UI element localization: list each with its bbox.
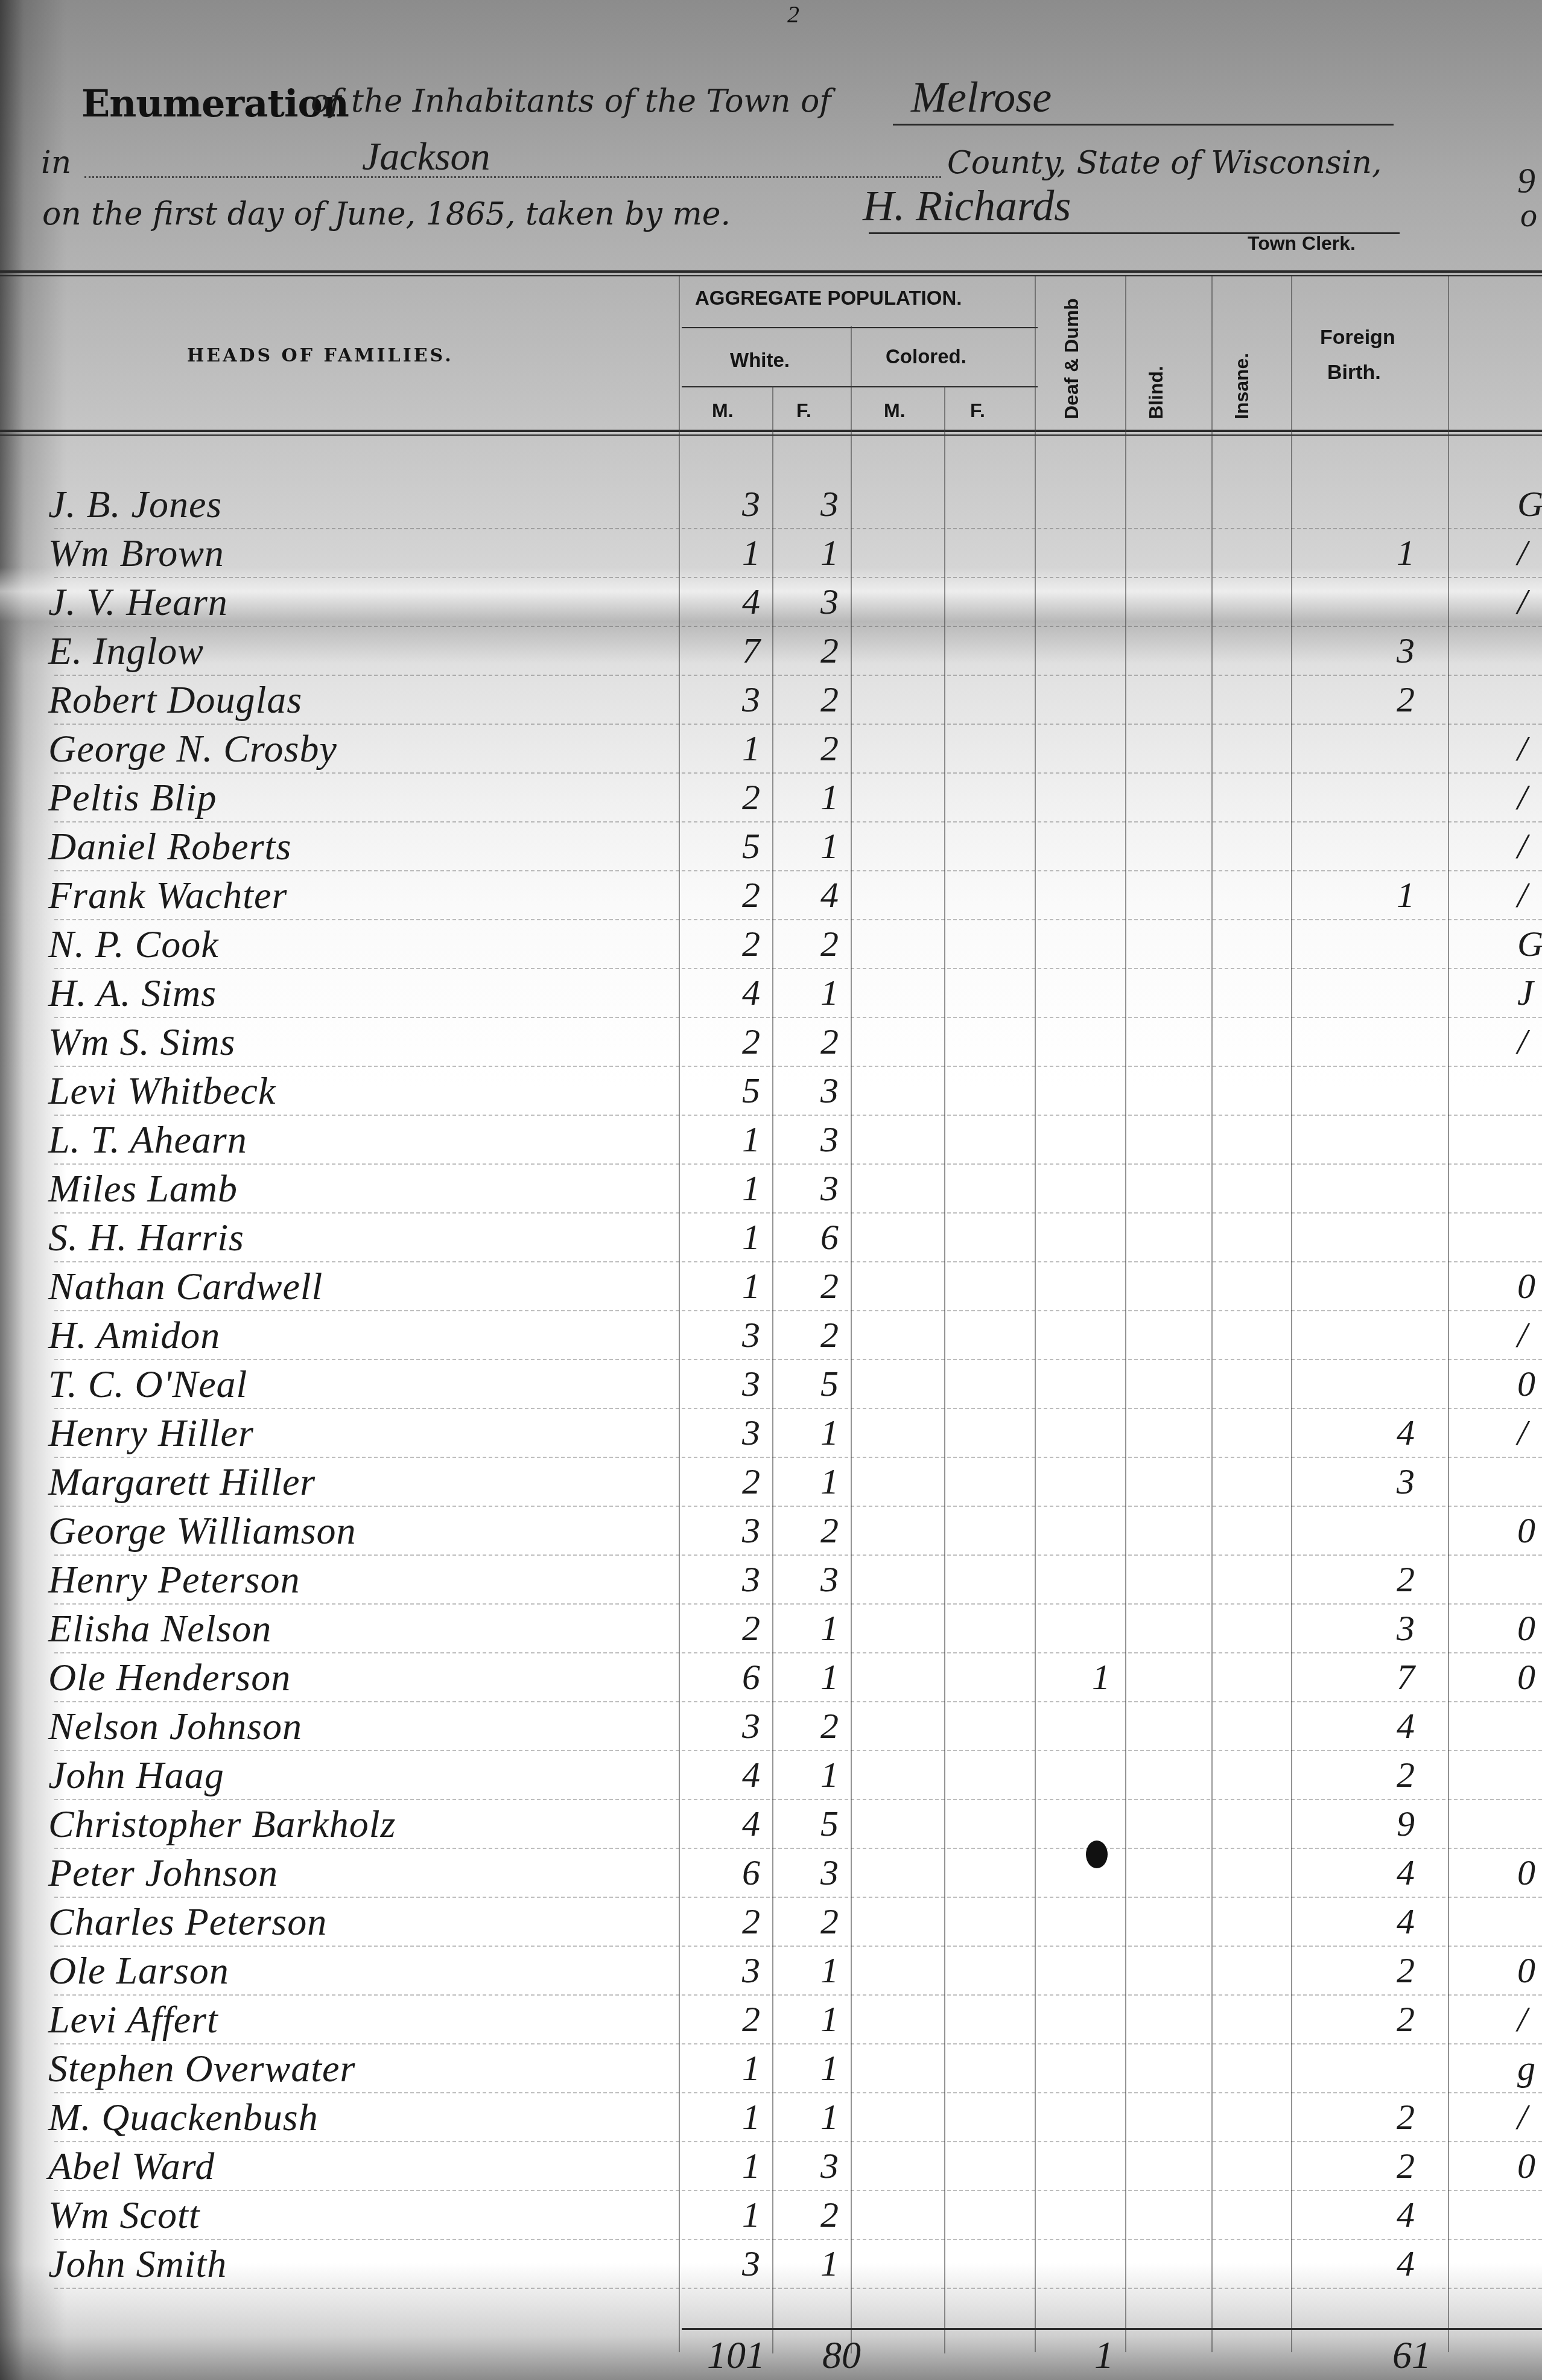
foreign-birth-count: 4 bbox=[1388, 1705, 1424, 1747]
white-male-count: 4 bbox=[733, 1803, 769, 1845]
head-of-family-name: Frank Wachter bbox=[48, 873, 287, 918]
table-row: J. B. Jones33G bbox=[0, 480, 1542, 529]
foreign-birth-count: 1 bbox=[1388, 874, 1424, 916]
printed-title: Enumeration bbox=[81, 81, 349, 126]
white-female-count: 2 bbox=[811, 1901, 848, 1942]
next-page-column-mark: G bbox=[1517, 483, 1542, 525]
white-male-count: 2 bbox=[733, 1461, 769, 1503]
table-row: George N. Crosby12/ bbox=[0, 724, 1542, 773]
white-female-count: 3 bbox=[811, 2145, 848, 2187]
deaf-dumb-count: 1 bbox=[1083, 1656, 1119, 1698]
table-row: Ole Henderson61170 bbox=[0, 1653, 1542, 1702]
white-male-count: 1 bbox=[733, 1119, 769, 1160]
foreign-birth-count: 4 bbox=[1388, 1901, 1424, 1942]
table-row: T. C. O'Neal350 bbox=[0, 1360, 1542, 1408]
white-female-count: 1 bbox=[811, 972, 848, 1014]
white-female-header: F. bbox=[796, 399, 811, 422]
white-female-count: 1 bbox=[811, 826, 848, 867]
head-of-family-name: Daniel Roberts bbox=[48, 824, 291, 869]
head-of-family-name: Robert Douglas bbox=[48, 678, 302, 722]
foreign-birth-header-1: Foreign bbox=[1320, 326, 1395, 349]
table-row: Nathan Cardwell120 bbox=[0, 1262, 1542, 1311]
right-edge-mark: 9 bbox=[1517, 160, 1535, 202]
white-female-count: 3 bbox=[811, 1070, 848, 1112]
head-of-family-name: George N. Crosby bbox=[48, 727, 337, 771]
head-of-family-name: L. T. Ahearn bbox=[48, 1118, 247, 1162]
heads-of-families-header: HEADS OF FAMILIES. bbox=[187, 345, 454, 366]
aggregate-population-header: AGGREGATE POPULATION. bbox=[695, 287, 962, 310]
row-rule bbox=[54, 2288, 1542, 2289]
white-female-count: 1 bbox=[811, 2096, 848, 2138]
white-male-count: 1 bbox=[733, 1265, 769, 1307]
foreign-birth-count: 2 bbox=[1388, 2145, 1424, 2187]
next-page-column-mark: / bbox=[1517, 1021, 1528, 1063]
next-page-column-mark: / bbox=[1517, 1412, 1528, 1454]
census-page: 2 Enumeration of the Inhabitants of the … bbox=[0, 0, 1542, 2380]
white-male-count: 4 bbox=[733, 581, 769, 623]
page-number: 2 bbox=[787, 0, 799, 28]
white-male-count: 2 bbox=[733, 1021, 769, 1063]
foreign-birth-count: 2 bbox=[1388, 679, 1424, 721]
head-of-family-name: N. P. Cook bbox=[48, 922, 219, 967]
white-male-count: 3 bbox=[733, 1950, 769, 1991]
head-of-family-name: H. Amidon bbox=[48, 1313, 220, 1358]
white-female-count: 2 bbox=[811, 728, 848, 769]
sex-subrule bbox=[682, 386, 1038, 387]
white-female-count: 1 bbox=[811, 1412, 848, 1454]
white-male-count: 3 bbox=[733, 1363, 769, 1405]
white-male-header: M. bbox=[712, 399, 734, 422]
table-row: Christopher Barkholz459 bbox=[0, 1799, 1542, 1848]
white-female-count: 2 bbox=[811, 630, 848, 672]
foreign-birth-count: 2 bbox=[1388, 1754, 1424, 1796]
next-page-column-mark: 0 bbox=[1517, 2145, 1535, 2187]
head-of-family-name: Margarett Hiller bbox=[48, 1460, 316, 1504]
heading-line2-suffix: County, State of Wisconsin, bbox=[947, 145, 1382, 181]
table-row: Henry Peterson332 bbox=[0, 1555, 1542, 1604]
foreign-birth-count: 2 bbox=[1388, 1559, 1424, 1600]
white-male-count: 1 bbox=[733, 728, 769, 769]
county-underline bbox=[84, 176, 941, 178]
next-page-column-mark: J bbox=[1517, 972, 1534, 1014]
next-page-column-mark: 0 bbox=[1517, 1265, 1535, 1307]
header-bottom-rule-2 bbox=[0, 434, 1542, 436]
ink-blot bbox=[1086, 1841, 1108, 1868]
town-underline bbox=[893, 124, 1394, 126]
white-male-count: 2 bbox=[733, 874, 769, 916]
next-page-column-mark: 0 bbox=[1517, 1950, 1535, 1991]
white-male-count: 3 bbox=[733, 1314, 769, 1356]
head-of-family-name: Henry Peterson bbox=[48, 1557, 300, 1602]
total-foreign-birth: 61 bbox=[1382, 2333, 1442, 2378]
head-of-family-name: H. A. Sims bbox=[48, 971, 217, 1016]
table-row: H. Amidon32/ bbox=[0, 1311, 1542, 1360]
head-of-family-name: Ole Larson bbox=[48, 1949, 229, 1993]
foreign-birth-count: 3 bbox=[1388, 1461, 1424, 1503]
heading-line2-prefix: in bbox=[41, 145, 71, 181]
head-of-family-name: Henry Hiller bbox=[48, 1411, 254, 1456]
head-of-family-name: Elisha Nelson bbox=[48, 1606, 271, 1651]
white-male-count: 3 bbox=[733, 1510, 769, 1551]
white-male-count: 4 bbox=[733, 1754, 769, 1796]
table-row: Levi Whitbeck53 bbox=[0, 1066, 1542, 1115]
total-white-female: 80 bbox=[805, 2333, 878, 2378]
next-page-column-mark: 0 bbox=[1517, 1510, 1535, 1551]
head-of-family-name: M. Quackenbush bbox=[48, 2095, 319, 2140]
head-of-family-name: Nathan Cardwell bbox=[48, 1264, 323, 1309]
white-female-count: 1 bbox=[811, 1754, 848, 1796]
white-male-count: 5 bbox=[733, 826, 769, 867]
head-of-family-name: Levi Whitbeck bbox=[48, 1069, 276, 1113]
insane-header: Insane. bbox=[1231, 353, 1253, 419]
head-of-family-name: John Haag bbox=[48, 1753, 224, 1798]
next-page-column-mark: / bbox=[1517, 826, 1528, 867]
table-row: Nelson Johnson324 bbox=[0, 1702, 1542, 1751]
foreign-birth-count: 7 bbox=[1388, 1656, 1424, 1698]
white-female-count: 2 bbox=[811, 1705, 848, 1747]
white-male-count: 3 bbox=[733, 483, 769, 525]
table-row: Abel Ward1320 bbox=[0, 2142, 1542, 2191]
next-page-column-mark: 0 bbox=[1517, 1656, 1535, 1698]
table-row: Peter Johnson6340 bbox=[0, 1848, 1542, 1897]
next-page-column-mark: / bbox=[1517, 874, 1528, 916]
table-row: Frank Wachter241/ bbox=[0, 871, 1542, 920]
table-row: John Haag412 bbox=[0, 1751, 1542, 1799]
head-of-family-name: Abel Ward bbox=[48, 2144, 215, 2189]
table-row: Elisha Nelson2130 bbox=[0, 1604, 1542, 1653]
next-page-column-mark: / bbox=[1517, 728, 1528, 769]
head-of-family-name: Christopher Barkholz bbox=[48, 1802, 396, 1847]
next-page-column-mark: G bbox=[1517, 923, 1542, 965]
foreign-birth-count: 4 bbox=[1388, 2243, 1424, 2285]
white-male-count: 3 bbox=[733, 1412, 769, 1454]
table-row: John Smith314 bbox=[0, 2239, 1542, 2288]
next-page-column-mark: 0 bbox=[1517, 1363, 1535, 1405]
white-female-count: 1 bbox=[811, 1950, 848, 1991]
white-female-count: 3 bbox=[811, 581, 848, 623]
white-male-count: 2 bbox=[733, 1901, 769, 1942]
foreign-birth-count: 3 bbox=[1388, 1608, 1424, 1649]
next-page-column-mark: / bbox=[1517, 2096, 1528, 2138]
head-of-family-name: Ole Henderson bbox=[48, 1655, 291, 1700]
white-male-count: 3 bbox=[733, 1705, 769, 1747]
white-female-count: 1 bbox=[811, 1656, 848, 1698]
white-female-count: 1 bbox=[811, 1461, 848, 1503]
white-female-count: 3 bbox=[811, 483, 848, 525]
table-row: Charles Peterson224 bbox=[0, 1897, 1542, 1946]
next-page-column-mark: / bbox=[1517, 1314, 1528, 1356]
clerk-signature: H. Richards bbox=[863, 181, 1071, 231]
table-row: Wm Brown111/ bbox=[0, 529, 1542, 577]
white-female-count: 2 bbox=[811, 1314, 848, 1356]
head-of-family-name: J. V. Hearn bbox=[48, 580, 228, 625]
next-page-column-mark: / bbox=[1517, 1999, 1528, 2040]
table-row: E. Inglow723 bbox=[0, 626, 1542, 675]
colored-female-header: F. bbox=[970, 399, 985, 422]
white-male-count: 3 bbox=[733, 1559, 769, 1600]
white-male-count: 3 bbox=[733, 679, 769, 721]
white-male-count: 2 bbox=[733, 1608, 769, 1649]
table-row: Daniel Roberts51/ bbox=[0, 822, 1542, 871]
heading-line1-text: of the Inhabitants of the Town of bbox=[311, 83, 831, 119]
county-name-field: Jackson bbox=[362, 134, 490, 180]
white-male-count: 2 bbox=[733, 777, 769, 818]
foreign-birth-count: 9 bbox=[1388, 1803, 1424, 1845]
next-page-column-mark: 0 bbox=[1517, 1608, 1535, 1649]
head-of-family-name: Stephen Overwater bbox=[48, 2046, 355, 2091]
table-row: S. H. Harris16 bbox=[0, 1213, 1542, 1262]
white-female-count: 2 bbox=[811, 1021, 848, 1063]
foreign-birth-count: 2 bbox=[1388, 1999, 1424, 2040]
table-row: George Williamson320 bbox=[0, 1506, 1542, 1555]
total-deaf-dumb: 1 bbox=[1086, 2333, 1122, 2378]
table-row: Ole Larson3120 bbox=[0, 1946, 1542, 1995]
head-of-family-name: Nelson Johnson bbox=[48, 1704, 302, 1749]
white-female-count: 1 bbox=[811, 2243, 848, 2285]
table-row: Miles Lamb13 bbox=[0, 1164, 1542, 1213]
white-female-count: 1 bbox=[811, 777, 848, 818]
white-female-count: 5 bbox=[811, 1803, 848, 1845]
white-female-count: 1 bbox=[811, 1608, 848, 1649]
next-page-column-mark: g bbox=[1517, 2047, 1535, 2089]
white-female-count: 3 bbox=[811, 1852, 848, 1894]
foreign-birth-header-2: Birth. bbox=[1327, 361, 1381, 384]
white-male-count: 4 bbox=[733, 972, 769, 1014]
white-header: White. bbox=[730, 349, 790, 372]
head-of-family-name: Wm Scott bbox=[48, 2193, 200, 2238]
town-clerk-label: Town Clerk. bbox=[1248, 232, 1356, 255]
white-female-count: 3 bbox=[811, 1559, 848, 1600]
white-female-count: 4 bbox=[811, 874, 848, 916]
table-row: Wm Scott124 bbox=[0, 2191, 1542, 2239]
white-female-count: 2 bbox=[811, 679, 848, 721]
foreign-birth-count: 2 bbox=[1388, 2096, 1424, 2138]
white-male-count: 5 bbox=[733, 1070, 769, 1112]
foreign-birth-count: 3 bbox=[1388, 630, 1424, 672]
white-female-count: 2 bbox=[811, 1510, 848, 1551]
white-female-count: 5 bbox=[811, 1363, 848, 1405]
head-of-family-name: Miles Lamb bbox=[48, 1166, 238, 1211]
white-male-count: 2 bbox=[733, 1999, 769, 2040]
white-female-count: 2 bbox=[811, 2194, 848, 2236]
white-female-count: 2 bbox=[811, 1265, 848, 1307]
table-row: L. T. Ahearn13 bbox=[0, 1115, 1542, 1164]
white-female-count: 1 bbox=[811, 532, 848, 574]
header-bottom-rule bbox=[0, 430, 1542, 432]
head-of-family-name: George Williamson bbox=[48, 1509, 357, 1553]
table-row: N. P. Cook22G bbox=[0, 920, 1542, 969]
next-page-column-mark: / bbox=[1517, 532, 1528, 574]
foreign-birth-count: 1 bbox=[1388, 532, 1424, 574]
white-female-count: 3 bbox=[811, 1168, 848, 1209]
blind-header: Blind. bbox=[1145, 366, 1167, 419]
head-of-family-name: Peltis Blip bbox=[48, 775, 217, 820]
head-of-family-name: Peter Johnson bbox=[48, 1851, 278, 1895]
next-page-column-mark: 0 bbox=[1517, 1852, 1535, 1894]
white-male-count: 2 bbox=[733, 923, 769, 965]
aggregate-subrule bbox=[682, 327, 1038, 328]
table-row: Wm S. Sims22/ bbox=[0, 1017, 1542, 1066]
table-row: Henry Hiller314/ bbox=[0, 1408, 1542, 1457]
total-white-male: 101 bbox=[694, 2333, 778, 2378]
head-of-family-name: Levi Affert bbox=[48, 1997, 218, 2042]
heading-line3-text: on the first day of June, 1865, taken by… bbox=[42, 196, 731, 232]
table-row: H. A. Sims41J bbox=[0, 969, 1542, 1017]
colored-header: Colored. bbox=[886, 345, 966, 368]
table-top-rule-2 bbox=[0, 275, 1542, 276]
table-top-rule bbox=[0, 270, 1542, 273]
next-page-column-mark: / bbox=[1517, 581, 1528, 623]
colored-male-header: M. bbox=[884, 399, 906, 422]
next-page-column-mark: / bbox=[1517, 777, 1528, 818]
white-male-count: 7 bbox=[733, 630, 769, 672]
head-of-family-name: S. H. Harris bbox=[48, 1215, 244, 1260]
table-row: Stephen Overwater11g bbox=[0, 2044, 1542, 2093]
head-of-family-name: T. C. O'Neal bbox=[48, 1362, 247, 1407]
foreign-birth-count: 2 bbox=[1388, 1950, 1424, 1991]
white-female-count: 1 bbox=[811, 2047, 848, 2089]
table-row: M. Quackenbush112/ bbox=[0, 2093, 1542, 2142]
deaf-dumb-header: Deaf & Dumb bbox=[1061, 298, 1083, 419]
white-female-count: 6 bbox=[811, 1217, 848, 1258]
white-male-count: 1 bbox=[733, 1217, 769, 1258]
white-female-count: 2 bbox=[811, 923, 848, 965]
right-edge-mark: o bbox=[1520, 196, 1537, 235]
white-male-count: 6 bbox=[733, 1656, 769, 1698]
head-of-family-name: Wm Brown bbox=[48, 531, 224, 576]
white-male-count: 3 bbox=[733, 2243, 769, 2285]
foreign-birth-count: 4 bbox=[1388, 1852, 1424, 1894]
head-of-family-name: J. B. Jones bbox=[48, 482, 222, 527]
table-row: Peltis Blip21/ bbox=[0, 773, 1542, 822]
white-male-count: 1 bbox=[733, 2096, 769, 2138]
foreign-birth-count: 4 bbox=[1388, 2194, 1424, 2236]
totals-row: 101 80 1 61 bbox=[0, 2329, 1542, 2378]
white-male-count: 1 bbox=[733, 2047, 769, 2089]
head-of-family-name: John Smith bbox=[48, 2242, 227, 2286]
white-male-count: 1 bbox=[733, 1168, 769, 1209]
table-row: Robert Douglas322 bbox=[0, 675, 1542, 724]
town-name-field: Melrose bbox=[911, 72, 1052, 122]
head-of-family-name: E. Inglow bbox=[48, 629, 204, 673]
head-of-family-name: Charles Peterson bbox=[48, 1900, 327, 1944]
table-row: Margarett Hiller213 bbox=[0, 1457, 1542, 1506]
white-female-count: 3 bbox=[811, 1119, 848, 1160]
table-row: J. V. Hearn43/ bbox=[0, 577, 1542, 626]
white-male-count: 6 bbox=[733, 1852, 769, 1894]
white-male-count: 1 bbox=[733, 2145, 769, 2187]
white-female-count: 1 bbox=[811, 1999, 848, 2040]
foreign-birth-count: 4 bbox=[1388, 1412, 1424, 1454]
white-male-count: 1 bbox=[733, 2194, 769, 2236]
white-male-count: 1 bbox=[733, 532, 769, 574]
table-row: Levi Affert212/ bbox=[0, 1995, 1542, 2044]
head-of-family-name: Wm S. Sims bbox=[48, 1020, 235, 1064]
